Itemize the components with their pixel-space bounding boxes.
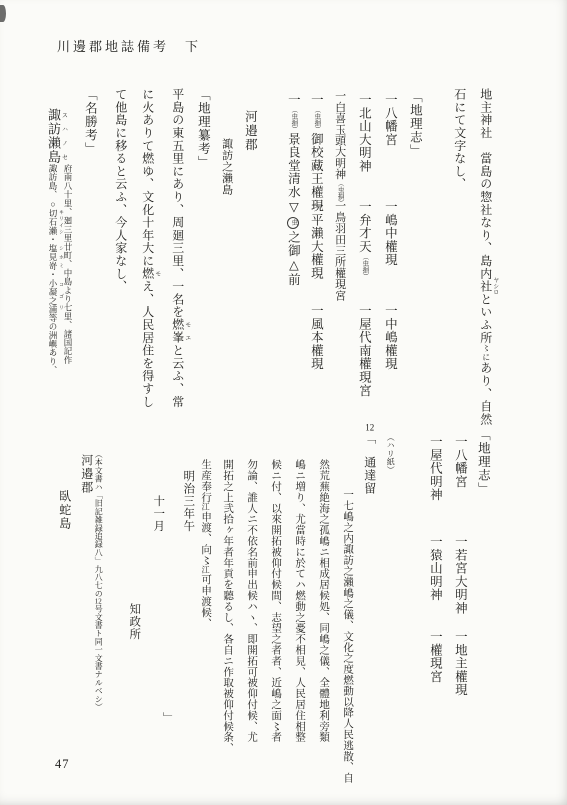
circled-damage-mark: 虫 [287,217,299,229]
letter-date: 明治三年午 [181,470,194,533]
quote-open-bracket: 「 [363,432,377,444]
letter-month: 十一月 [151,495,164,533]
shrine-entry: 一八幡宮 [383,93,397,146]
text-column-ishi: 石にて文字なし、 [452,88,466,190]
letter-line: 然荒蕪絶海之孤嶋ニ相成居候処、同嶋之儀、全體地利旁類 [317,459,329,742]
shrine-entry: 一鳥羽田三所權現宮 [333,200,346,301]
letter-line: 一七嶋之内諏訪之瀨嶋之儀、文化之度燃動以降人民逃散、自 [341,489,353,783]
letter-line: 勿論、誰人ニ不依名前申出候ハヽ、即開拓可被仰付候、尤 [245,459,257,742]
section-title-sankou: 「地理纂考」 [196,88,210,169]
shrine-entry: 一（虫損）景良堂清水▽虫之御△前 [286,93,300,286]
shrine-entry: 一八幡宮 [453,435,467,488]
small-insert-mark: 〻に [482,344,491,362]
island-header-top: 諏訪之瀨島 [220,138,233,196]
quote-close-bracket: 」 [161,712,175,724]
letter-line: 嶋ニ増り、尤當時に於てハ燃動之憂不相見、人民居住相整 [293,459,305,742]
furigana-kiriishi: 切石瀨キリイシ [48,209,58,235]
scanned-document-page: 川邊郡地誌備考 下 地主神社 當島の惣社なり、島内社ヤシロといふ所〻にあり、自然… [0,0,567,805]
document-number-column: 12「 [362,423,376,444]
furigana-moe: 燃峯モエ [171,318,185,344]
island-header-bottom: 臥蛇島 [57,490,71,531]
letter-line: 候ニ付、以來開拓被仰付候間、志望之者者、近嶋之面〻者 [269,459,281,742]
shrine-entry: 一北山大明神 [357,93,371,173]
running-head: 川邊郡地誌備考 下 [57,36,201,55]
interlinear-line-2: 諏訪島、○切石瀨キリイシ・塩見嵜シホミ・小凝之浦コゴリ等の洲嶼あり、 [48,164,63,374]
small-e-particle: 江 [201,566,210,574]
text-column-sankou-2: に火ありて燃ゆ、文化十年大に燃モえ、人民居住を得すし [140,88,160,408]
harigami-note: （ハリ紙） [386,433,395,474]
jishu-text-2: といふ所 [479,293,493,344]
shrine-entry: 一地主權現 [453,630,467,697]
text-column-sankou-1: 平島の東五里にあり、周廻三里、一名を燃峯モエと云ふ、常 [170,88,190,408]
tsutatsu-title: 通達留 [362,456,376,495]
furigana-mo: 燃モ [141,267,155,280]
shrine-entry: 一猿山明神 [428,535,442,602]
shrine-entry: 一風本權現 [309,304,323,371]
section-title-meishou: 「名勝考」 [83,88,97,156]
interlinear-line-1: 府南八十里、廻三里廿町、中島より七里、諸国記作 [63,164,73,374]
furigana-yashiro: 社ヤシロ [479,280,493,293]
shrine-entry: 一權現宮 [428,630,442,683]
shrine-entry: 一弁才天（虫損） [357,200,371,279]
source-note: （本文書ハ「旧記雑録追録八」九八七の12号文書ト同一文書ナルベシ） [94,450,103,711]
furigana-shiomi: 塩見嵜シホミ [48,244,58,270]
shrine-entry: 一平瀨大權現 [309,200,323,280]
document-number: 12 [365,423,375,432]
furigana-suwanose: 諏訪瀨島スハノセ [46,108,61,164]
damage-note: （虫損） [313,106,320,132]
small-e-particle: 江 [201,503,210,511]
shrine-entry: 一中嶋權現 [383,304,397,371]
district-header-bottom: 河邉郡 [79,454,93,495]
damage-note: （虫損） [361,253,368,279]
jishu-text-3: あり、自然 [479,362,493,426]
section-title-chirishi-1: 「地理志」 [408,90,422,158]
meishou-entry-column: 諏訪瀨島スハノセ府南八十里、廻三里廿町、中島より七里、諸国記作諏訪島、○切石瀨キ… [45,108,76,374]
shrine-entry: 一白喜玉頭大明神（虫損） [333,90,346,206]
shrine-entry: 一（虫損）御校藏王權現 [309,93,323,212]
shrine-entry: 一嶋中權現 [383,200,397,267]
letter-office: 知政所 [127,603,140,641]
text-column-jishu-jinja: 地主神社 當島の惣社なり、島内社ヤシロといふ所〻にあり、自然 [478,88,498,426]
page-number: 47 [55,757,70,772]
shrine-entry: 一屋代明神 [428,435,442,502]
shrine-entry: 一若宮大明神 [453,535,467,615]
text-column-sankou-3: て他島に移ると云ふ、今人家なし、 [113,88,127,293]
section-title-chirishi-2: 「地理志」 [476,428,490,496]
district-header-top: 河邉郡 [243,110,257,152]
damage-note: （虫損） [290,106,297,132]
letter-line: 生産奉行江申渡、向〻江可申渡候、 [199,459,211,628]
shrine-entry: 一屋代南權現宮 [357,304,371,397]
interlinear-note: 府南八十里、廻三里廿町、中島より七里、諸国記作諏訪島、○切石瀨キリイシ・塩見嵜シ… [48,164,73,374]
scan-artifact-mark [0,5,6,22]
letter-line: 開拓之上弐拾ヶ年者年貢を聽るし、各自ニ作取被仰付候条、 [221,459,233,753]
furigana-kogori: 小凝之浦コゴリ [48,279,58,314]
source-note-number: 12 [94,598,102,605]
jishu-text-1: 地主神社 當島の惣社なり、島内 [479,88,493,280]
